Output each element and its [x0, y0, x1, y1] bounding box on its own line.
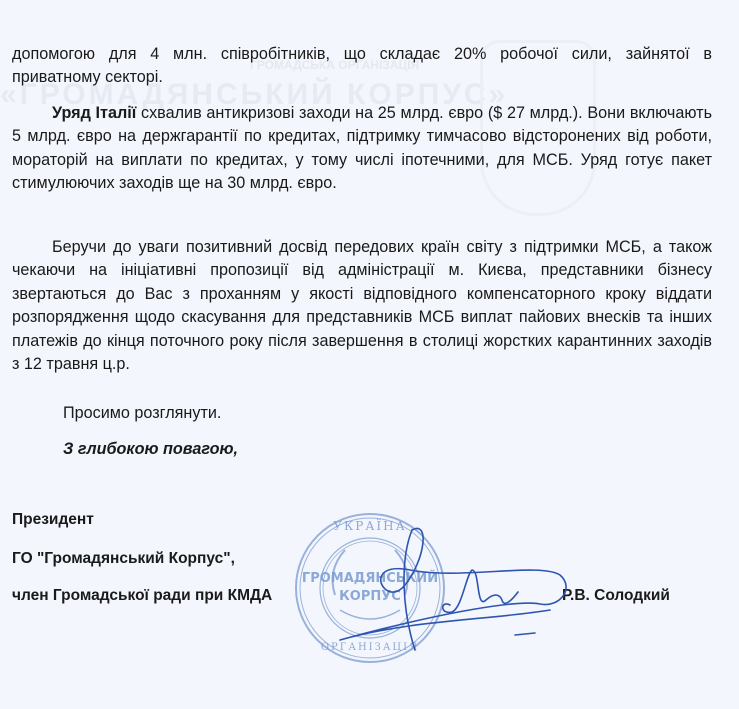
paragraph-line: приватному секторі.: [12, 66, 712, 89]
paragraph-line: допомогою для 4 млн. співробітників, що …: [12, 43, 712, 66]
signer-title-council: член Громадської ради при КМДА: [12, 587, 272, 605]
regards-line: З глибокою повагою,: [63, 440, 238, 459]
paragraph-continuation: допомогою для 4 млн. співробітників, що …: [12, 43, 712, 90]
paragraph-request-body: Беручи до уваги позитивний досвід передо…: [12, 236, 712, 376]
paragraph-bold-lead: Уряд Італії: [52, 104, 136, 122]
signer-title-president: Президент: [12, 511, 94, 529]
request-line: Просимо розглянути.: [63, 404, 221, 423]
letter-page: ГРОМАДСЬКА ОРГАНІЗАЦІЯ «ГРОМАДЯНСЬКИЙ КО…: [0, 0, 739, 709]
signer-title-organization: ГО "Громадянський Корпус",: [12, 550, 235, 568]
paragraph-body: Беручи до уваги позитивний досвід передо…: [12, 236, 712, 376]
handwritten-signature-icon: [290, 500, 590, 680]
paragraph-italy: Уряд Італії схвалив антикризові заходи н…: [12, 102, 712, 196]
